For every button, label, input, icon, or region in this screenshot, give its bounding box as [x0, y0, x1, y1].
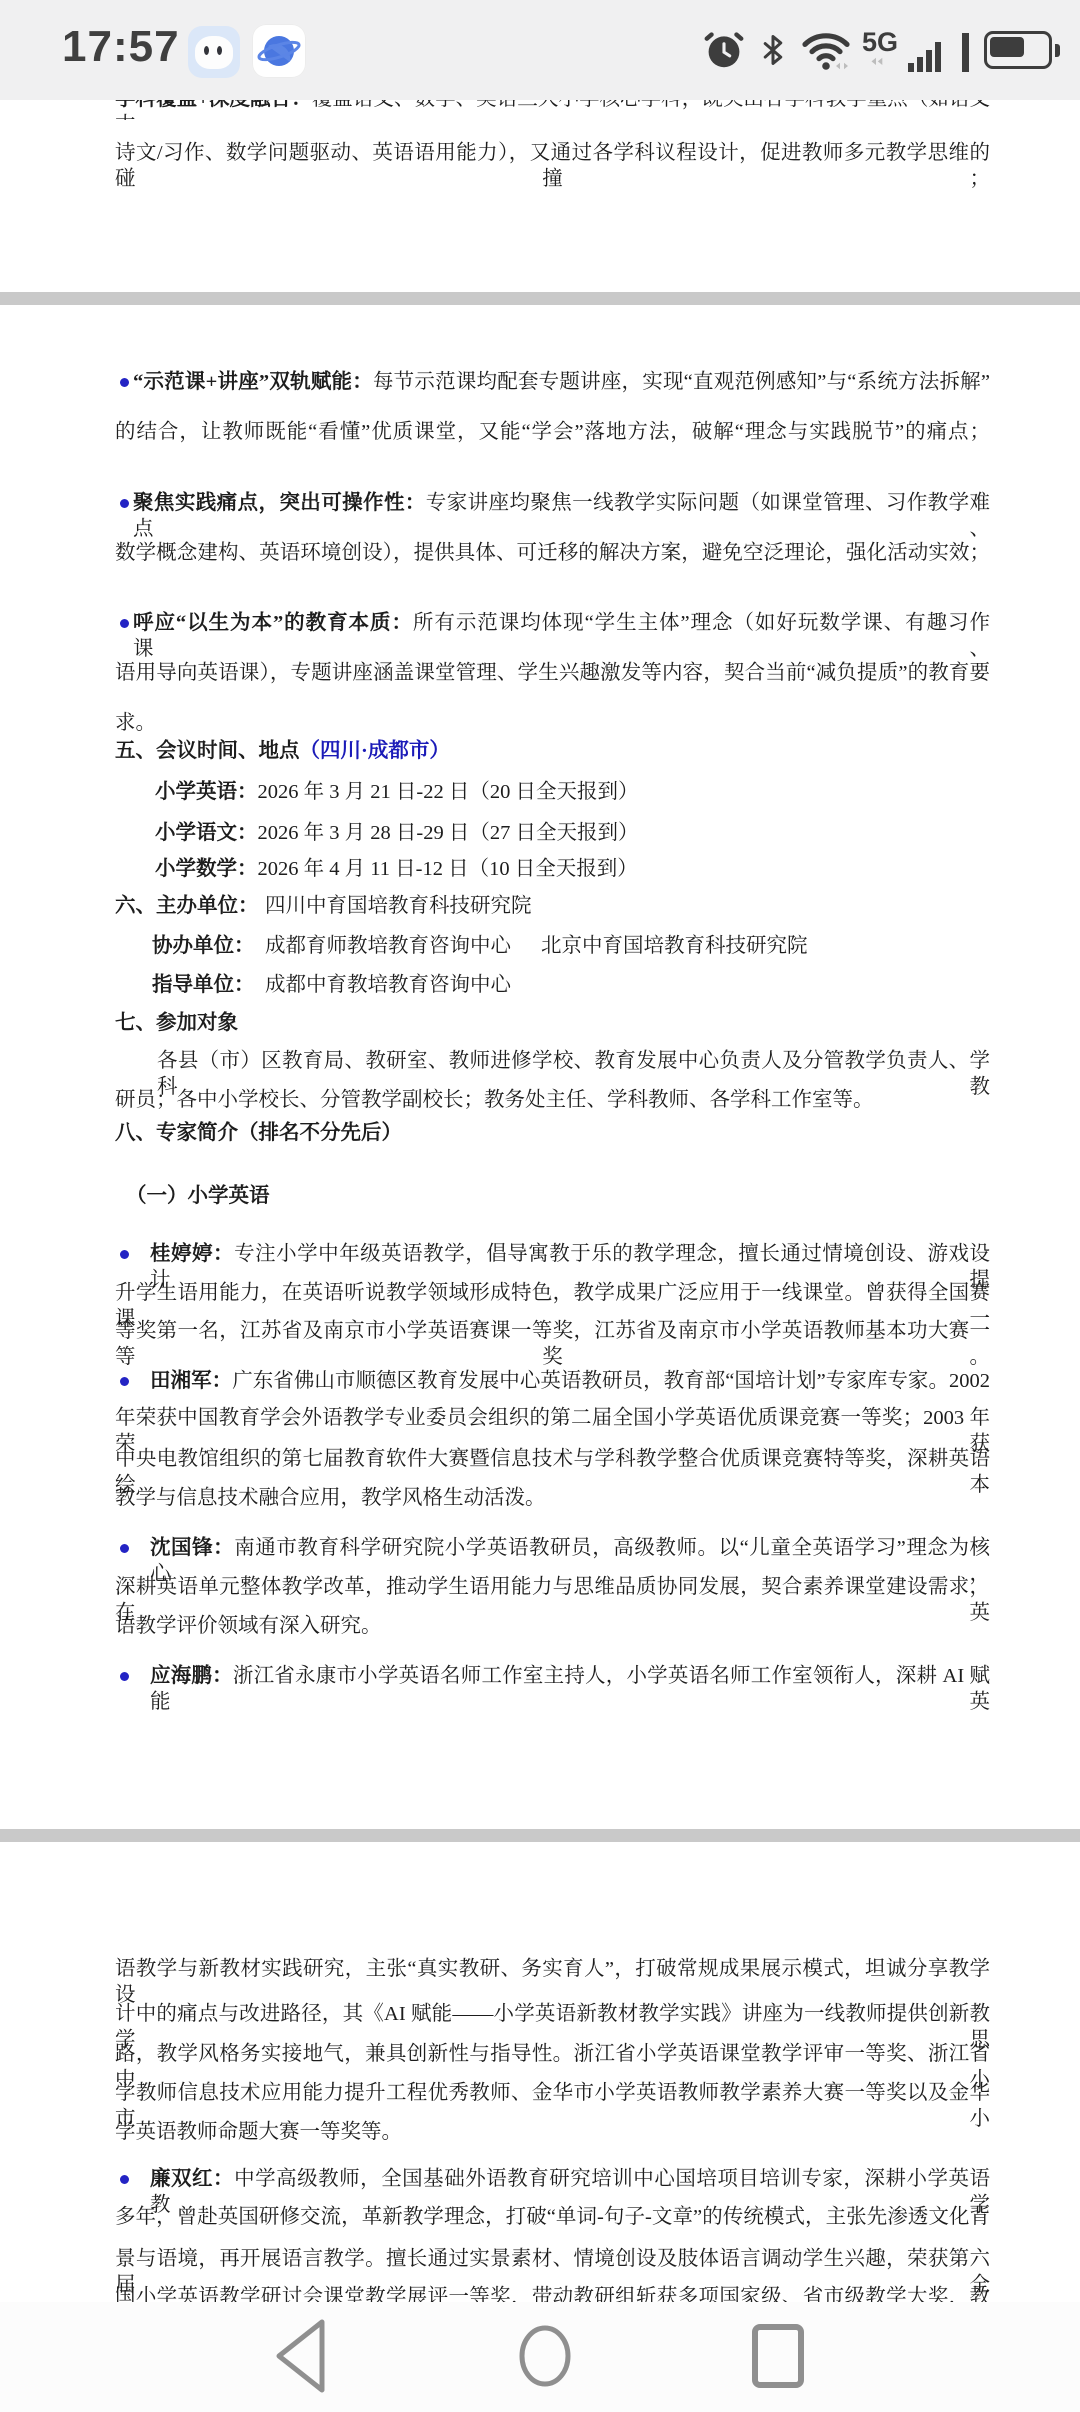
organizer-line: 协办单位：成都育师教培教育咨询中心北京中育国培教育科技研究院: [115, 933, 990, 959]
bullet-dot: [120, 619, 129, 628]
bullet-dot: [120, 1544, 129, 1553]
doc-line: 学英语教师命题大赛一等奖等。: [115, 2119, 990, 2145]
bullet-dot: [120, 378, 129, 387]
clock-time: 17:57: [62, 22, 180, 72]
signal-bars-sim2-icon: [960, 25, 974, 75]
browser-app-icon: [252, 24, 306, 78]
doc-line: 的结合，让教师既能“看懂”优质课堂，又能“学会”落地方法，破解“理念与实践脱节”…: [115, 419, 990, 445]
organizer-line: 指导单位：成都中育教培教育咨询中心: [115, 972, 990, 998]
recents-icon[interactable]: [728, 2306, 828, 2406]
page-separator: [0, 292, 1080, 305]
android-nav-bar: [0, 2302, 1080, 2412]
doc-line: “示范课+讲座”双轨赋能：每节示范课均配套专题讲座，实现“直观范例感知”与“系统…: [133, 369, 990, 395]
network-type-5g: 5G: [862, 29, 898, 68]
bullet-dot: [120, 499, 129, 508]
signal-bars-sim1-icon: [908, 25, 950, 75]
doc-line: 呼应“以生为本”的教育本质：所有示范课均体现“学生主体”理念（如好玩数学课、有趣…: [133, 610, 990, 662]
section-5-heading: 五、会议时间、地点（四川·成都市）: [115, 738, 990, 764]
wifi-icon: [800, 26, 852, 74]
phone-screen: 17:57: [0, 0, 1080, 2412]
doc-line: 语用导向英语课），专题讲座涵盖课堂管理、学生兴趣激发等内容，契合当前“减负提质”…: [115, 660, 990, 686]
expert-bio-line: 多年，曾赴英国研修交流，革新教学理念，打破“单词-句子-文章”的传统模式，主张先…: [115, 2204, 990, 2230]
organizer-line: 六、主办单位：四川中育国培教育科技研究院: [115, 893, 990, 919]
assistant-app-icon: [188, 26, 240, 78]
section-8-heading: 八、专家简介（排名不分先后）: [115, 1120, 990, 1146]
status-bar: 17:57: [0, 0, 1080, 100]
alarm-icon: [702, 27, 746, 73]
home-icon[interactable]: [495, 2306, 595, 2406]
doc-line: 研员；各中小学校长、分管教学副校长；教务处主任、学科教师、各学科工作室等。: [115, 1087, 990, 1113]
schedule-item: 小学语文：2026 年 3 月 28 日-29 日（27 日全天报到）: [155, 820, 990, 846]
bluetooth-icon: [756, 27, 790, 73]
page-separator: [0, 1829, 1080, 1842]
expert-bio-line: 田湘军：广东省佛山市顺德区教育发展中心英语教研员，教育部“国培计划”专家库专家。…: [150, 1368, 990, 1394]
schedule-item: 小学英语：2026 年 3 月 21 日-22 日（20 日全天报到）: [155, 779, 990, 805]
doc-line: 聚焦实践痛点，突出可操作性：专家讲座均聚焦一线教学实际问题（如课堂管理、习作教学…: [133, 490, 990, 542]
subsection-heading: （一）小学英语: [126, 1183, 1001, 1209]
expert-bio-line: 语教学评价领域有深入研究。: [115, 1613, 990, 1639]
bullet-dot: [120, 1377, 129, 1386]
bullet-dot: [120, 1672, 129, 1681]
expert-bio-line: 应海鹏：浙江省永康市小学英语名师工作室主持人，小学英语名师工作室领衔人，深耕 A…: [150, 1663, 990, 1715]
doc-line: 诗文/习作、数学问题驱动、英语语用能力），又通过各学科议程设计，促进教师多元教学…: [115, 140, 990, 192]
battery-icon: [984, 31, 1052, 69]
expert-bio-line: 等奖第一名，江苏省及南京市小学英语赛课一等奖，江苏省及南京市小学英语教师基本功大…: [115, 1318, 990, 1370]
schedule-item: 小学数学：2026 年 4 月 11 日-12 日（10 日全天报到）: [155, 856, 990, 882]
bullet-dot: [120, 2175, 129, 2184]
doc-line: 数学概念建构、英语环境创设），提供具体、可迁移的解决方案，避免空泛理论，强化活动…: [115, 540, 990, 566]
back-icon[interactable]: [260, 2306, 360, 2406]
section-7-heading: 七、参加对象: [115, 1010, 990, 1036]
doc-line: 求。: [115, 710, 990, 736]
bullet-dot: [120, 1250, 129, 1259]
expert-bio-line: 教学与信息技术融合应用，教学风格生动活泼。: [115, 1485, 990, 1511]
